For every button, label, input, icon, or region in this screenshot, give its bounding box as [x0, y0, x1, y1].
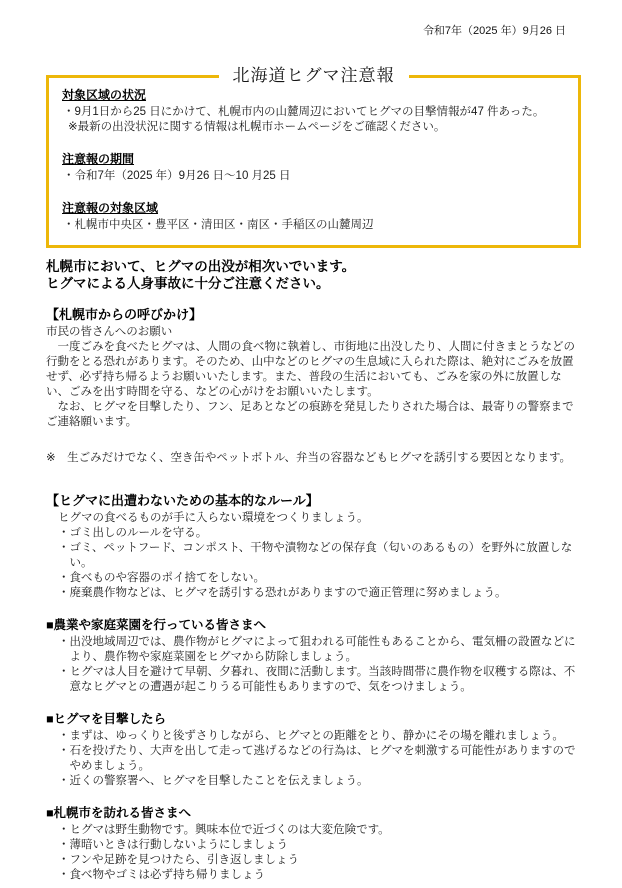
bullet-item: ・ゴミ出しのルールを守る。 — [58, 526, 582, 541]
attractant-note: ※ 生ごみだけでなく、空き缶やペットボトル、弁当の容器などもヒグマを誘引する要因… — [46, 451, 582, 466]
box-line-note: ※最新の出没状況に関する情報は札幌市ホームページをご確認ください。 — [62, 120, 566, 135]
warning-statement: 札幌市において、ヒグマの出没が相次いでいます。 ヒグマによる人身事故に十分ご注意… — [46, 258, 582, 292]
issue-date: 令和7年（2025 年）9月26 日 — [46, 24, 582, 39]
box-section-period: 注意報の期間 ・令和7年（2025 年）9月26 日～10 月25 日 — [62, 152, 566, 184]
notice-title: 北海道ヒグマ注意報 — [219, 65, 409, 87]
rules-intro: ヒグマの食べるものが手に入らない環境をつくりましょう。 — [46, 511, 582, 526]
box-heading-area: 注意報の対象区域 — [62, 201, 566, 216]
warning-statement-line1: 札幌市において、ヒグマの出没が相次いでいます。 — [46, 258, 582, 275]
bullet-item: ・廃棄農作物などは、ヒグマを誘引する恐れがありますので適正管理に努めましょう。 — [58, 586, 582, 601]
alert-summary-box: 北海道ヒグマ注意報 対象区域の状況 ・9月1日から25 日にかけて、札幌市内の山… — [46, 75, 581, 248]
section-heading-sighting: ■ヒグマを目撃したら — [46, 711, 582, 727]
section-visitors: ■札幌市を訪れる皆さまへ ・ヒグマは野生動物です。興味本位で近づくのは大変危険で… — [46, 805, 582, 883]
section-heading-basic-rules: 【ヒグマに出遭わないための基本的なルール】 — [46, 492, 582, 509]
box-heading-period: 注意報の期間 — [62, 152, 566, 167]
bullet-item: ・食べものや容器のポイ捨てをしない。 — [58, 571, 582, 586]
box-heading-status: 対象区域の状況 — [62, 88, 566, 103]
bullet-item: ・ヒグマは人目を避けて早朝、夕暮れ、夜間に活動します。当該時間帯に農作物を収穫す… — [58, 665, 582, 695]
section-city-call: 【札幌市からの呼びかけ】 市民の皆さんへのお願い 一度ごみを食べたヒグマは、人間… — [46, 306, 582, 466]
bullet-item: ・出没地域周辺では、農作物がヒグマによって狙われる可能性もあることから、電気柵の… — [58, 635, 582, 665]
warning-statement-line2: ヒグマによる人身事故に十分ご注意ください。 — [46, 275, 582, 292]
bullet-item: ・薄暗いときは行動しないようにしましょう — [58, 838, 582, 853]
rules-bullet-list: ・ゴミ出しのルールを守る。・ゴミ、ペットフード、コンポスト、干物や漬物などの保存… — [46, 526, 582, 601]
bullet-item: ・石を投げたり、大声を出して走って逃げるなどの行為は、ヒグマを刺激する可能性があ… — [58, 744, 582, 774]
section-heading-farming: ■農業や家庭菜園を行っている皆さまへ — [46, 617, 582, 633]
section-basic-rules: 【ヒグマに出遭わないための基本的なルール】 ヒグマの食べるものが手に入らない環境… — [46, 492, 582, 601]
bullet-item: ・食べ物やゴミは必ず持ち帰りましょう — [58, 868, 582, 883]
farming-bullet-list: ・出没地域周辺では、農作物がヒグマによって狙われる可能性もあることから、電気柵の… — [46, 635, 582, 695]
box-line: ・令和7年（2025 年）9月26 日～10 月25 日 — [62, 169, 566, 184]
notice-page: 令和7年（2025 年）9月26 日 北海道ヒグマ注意報 対象区域の状況 ・9月… — [0, 0, 622, 888]
box-line: ・札幌市中央区・豊平区・清田区・南区・手稲区の山麓周辺 — [62, 218, 566, 233]
box-section-status: 対象区域の状況 ・9月1日から25 日にかけて、札幌市内の山麓周辺においてヒグマ… — [62, 88, 566, 135]
section-heading-city-call: 【札幌市からの呼びかけ】 — [46, 306, 582, 323]
city-call-paragraph-1: 一度ごみを食べたヒグマは、人間の食べ物に執着し、市街地に出没したり、人間に付きま… — [46, 340, 582, 400]
box-line: ・9月1日から25 日にかけて、札幌市内の山麓周辺においてヒグマの目撃情報が47… — [62, 105, 566, 120]
city-call-paragraph-2: なお、ヒグマを目撃したり、フン、足あとなどの痕跡を発見したりされた場合は、最寄り… — [46, 400, 582, 430]
bullet-item: ・ゴミ、ペットフード、コンポスト、干物や漬物などの保存食（匂いのあるもの）を野外… — [58, 541, 582, 571]
city-call-subheading: 市民の皆さんへのお願い — [46, 325, 582, 340]
bullet-item: ・まずは、ゆっくりと後ずさりしながら、ヒグマとの距離をとり、静かにその場を離れま… — [58, 729, 582, 744]
box-section-area: 注意報の対象区域 ・札幌市中央区・豊平区・清田区・南区・手稲区の山麓周辺 — [62, 201, 566, 233]
bullet-item: ・近くの警察署へ、ヒグマを目撃したことを伝えましょう。 — [58, 774, 582, 789]
sighting-bullet-list: ・まずは、ゆっくりと後ずさりしながら、ヒグマとの距離をとり、静かにその場を離れま… — [46, 729, 582, 789]
bullet-item: ・ヒグマは野生動物です。興味本位で近づくのは大変危険です。 — [58, 823, 582, 838]
section-sighting: ■ヒグマを目撃したら ・まずは、ゆっくりと後ずさりしながら、ヒグマとの距離をとり… — [46, 711, 582, 789]
section-heading-visitors: ■札幌市を訪れる皆さまへ — [46, 805, 582, 821]
section-farming: ■農業や家庭菜園を行っている皆さまへ ・出没地域周辺では、農作物がヒグマによって… — [46, 617, 582, 695]
bullet-item: ・フンや足跡を見つけたら、引き返しましょう — [58, 853, 582, 868]
visitor-bullet-list: ・ヒグマは野生動物です。興味本位で近づくのは大変危険です。・薄暗いときは行動しな… — [46, 823, 582, 883]
